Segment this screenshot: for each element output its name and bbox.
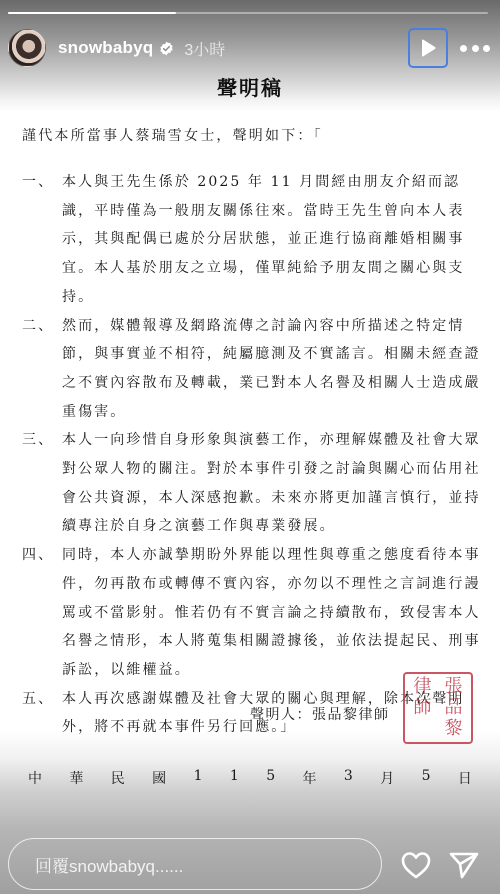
signer-line: 聲明人：張品黎律師 <box>250 704 390 724</box>
date-char: 5 <box>422 768 431 788</box>
play-button[interactable] <box>408 28 448 68</box>
post-time: 3小時 <box>184 37 225 60</box>
clause-item: 二、 然而，媒體報導及網路流傳之討論內容中所描述之特定情節，與事實並不相符，純屬… <box>22 312 482 427</box>
clause-item: 一、 本人與王先生係於 2025 年 11 月間經由朋友介紹而認識，平時僅為一般… <box>22 168 482 312</box>
date-char: 1 <box>194 768 203 788</box>
date-char: 民 <box>111 768 125 788</box>
more-dot-icon <box>460 45 467 52</box>
reply-input[interactable]: 回覆snowbabyq...... <box>8 838 382 890</box>
story-progress-bar <box>8 12 488 14</box>
date-char: 5 <box>266 768 275 788</box>
stamp-char: 張 <box>438 676 469 697</box>
document-title: 聲明稿 <box>0 72 500 101</box>
story-progress-fill <box>8 12 176 14</box>
clause-number: 二、 <box>22 312 62 427</box>
document-date: 中 華 民 國 1 1 5 年 3 月 5 日 <box>28 768 472 788</box>
date-char: 1 <box>230 768 239 788</box>
date-char: 3 <box>344 768 353 788</box>
stamp-char <box>407 719 438 740</box>
clause-text: 本人一向珍惜自身形象與演藝工作，亦理解媒體及社會大眾對公眾人物的關注。對於本事件… <box>62 426 482 541</box>
stamp-char: 黎 <box>438 719 469 740</box>
clause-text: 同時，本人亦誠摯期盼外界能以理性與尊重之態度看待本事件，勿再散布或轉傳不實內容，… <box>62 541 482 685</box>
date-char: 年 <box>303 768 317 788</box>
play-icon <box>419 38 437 58</box>
clause-number: 四、 <box>22 541 62 685</box>
clause-number: 三、 <box>22 426 62 541</box>
username[interactable]: snowbabyq <box>58 38 153 58</box>
story-viewer: snowbabyq 3小時 聲明稿 謹代本所當事人蔡瑞雪女士，聲明如下：「 一、… <box>0 0 500 894</box>
clause-text: 然而，媒體報導及網路流傳之討論內容中所描述之特定情節，與事實並不相符，純屬臆測及… <box>62 312 482 427</box>
stamp-char: 律 <box>407 676 438 697</box>
date-char: 日 <box>458 768 472 788</box>
date-char: 國 <box>152 768 166 788</box>
send-icon[interactable] <box>448 850 480 880</box>
story-header: snowbabyq 3小時 <box>8 28 490 68</box>
stamp-char: 品 <box>438 697 469 718</box>
date-char: 華 <box>69 768 83 788</box>
clause-item: 三、 本人一向珍惜自身形象與演藝工作，亦理解媒體及社會大眾對公眾人物的關注。對於… <box>22 426 482 541</box>
more-options-button[interactable] <box>460 38 490 58</box>
date-char: 月 <box>380 768 394 788</box>
date-char: 中 <box>28 768 42 788</box>
document-intro: 謹代本所當事人蔡瑞雪女士，聲明如下：「 <box>22 125 323 145</box>
clause-number: 五、 <box>22 685 62 742</box>
more-dot-icon <box>472 45 479 52</box>
avatar[interactable] <box>8 29 46 67</box>
reply-placeholder: 回覆snowbabyq...... <box>35 852 183 877</box>
verified-badge-icon <box>159 41 174 56</box>
more-dot-icon <box>483 45 490 52</box>
clause-text: 本人與王先生係於 2025 年 11 月間經由朋友介紹而認識，平時僅為一般朋友關… <box>62 168 482 312</box>
stamp-char: 師 <box>407 697 438 718</box>
lawyer-seal-stamp: 律 張 師 品 黎 <box>403 672 473 744</box>
clause-number: 一、 <box>22 168 62 312</box>
clause-list: 一、 本人與王先生係於 2025 年 11 月間經由朋友介紹而認識，平時僅為一般… <box>22 168 482 742</box>
heart-icon[interactable] <box>400 850 432 880</box>
clause-item: 四、 同時，本人亦誠摯期盼外界能以理性與尊重之態度看待本事件，勿再散布或轉傳不實… <box>22 541 482 685</box>
